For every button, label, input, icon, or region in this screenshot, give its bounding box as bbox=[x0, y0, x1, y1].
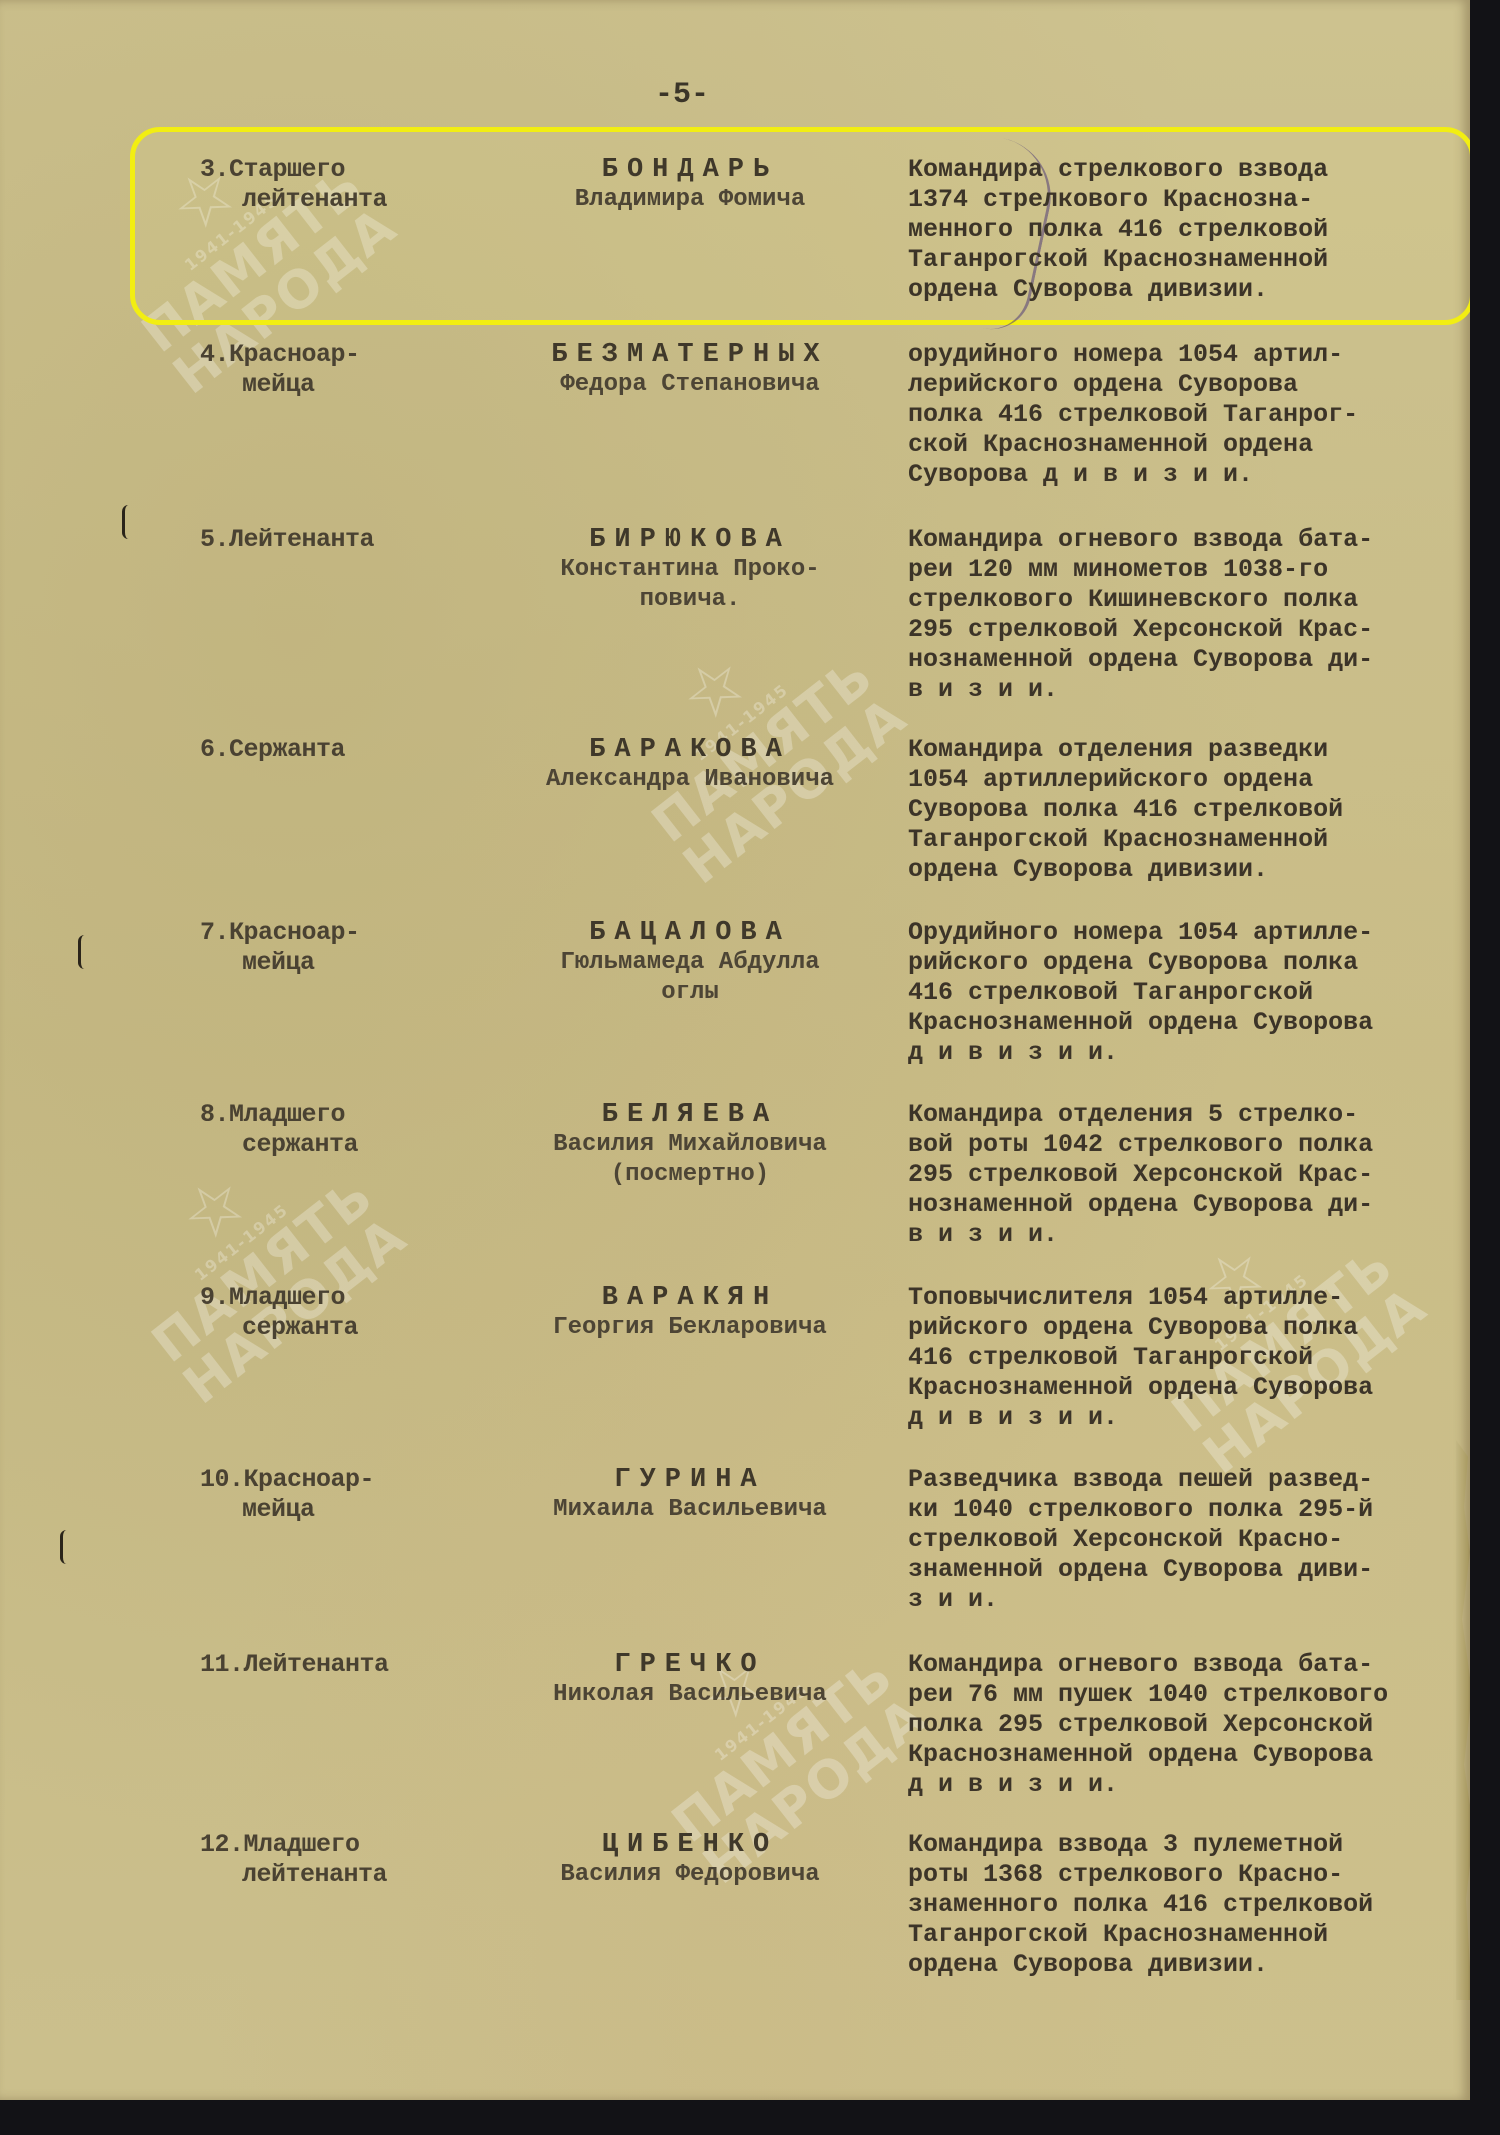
document-page: ☆ 1941-1945 ПАМЯТЬ НАРОДА ☆ 1941-1945 ПА… bbox=[0, 0, 1470, 2100]
entry-number: 4. bbox=[200, 340, 229, 369]
entry-number: 7. bbox=[200, 918, 229, 947]
surname: ВАРАКЯН bbox=[480, 1283, 900, 1313]
given-names: Николая Васильевича bbox=[480, 1680, 900, 1710]
rank: 12.Младшего лейтенанта bbox=[200, 1830, 460, 1890]
punch-hole-mark bbox=[78, 935, 91, 969]
surname: БИРЮКОВА bbox=[480, 525, 900, 555]
entry-number: 11. bbox=[200, 1650, 244, 1679]
rank: 10.Красноар- мейца bbox=[200, 1465, 460, 1525]
given-names: Федора Степановича bbox=[480, 370, 900, 400]
person-name: ВАРАКЯН Георгия Бекларовича bbox=[480, 1283, 900, 1343]
surname: ЦИБЕНКО bbox=[480, 1830, 900, 1860]
entry-number: 3. bbox=[200, 155, 229, 184]
given-names: Василия Михайловича (посмертно) bbox=[480, 1130, 900, 1190]
entry-number: 8. bbox=[200, 1100, 229, 1129]
given-names: Георгия Бекларовича bbox=[480, 1313, 900, 1343]
unit-description: Орудийного номера 1054 артилле- рийского… bbox=[908, 918, 1478, 1068]
entry-number: 10. bbox=[200, 1465, 244, 1494]
unit-description: Командира огневого взвода бата- реи 120 … bbox=[908, 525, 1478, 705]
rank: 6.Сержанта bbox=[200, 735, 460, 765]
person-name: БИРЮКОВА Константина Проко- повича. bbox=[480, 525, 900, 615]
rank: 5.Лейтенанта bbox=[200, 525, 460, 555]
unit-description: Командира огневого взвода бата- реи 76 м… bbox=[908, 1650, 1478, 1800]
entry-number: 5. bbox=[200, 525, 229, 554]
given-names: Константина Проко- повича. bbox=[480, 555, 900, 615]
person-name: ЦИБЕНКО Василия Федоровича bbox=[480, 1830, 900, 1890]
rank: 4.Красноар- мейца bbox=[200, 340, 460, 400]
entry-number: 6. bbox=[200, 735, 229, 764]
punch-hole-mark bbox=[122, 505, 135, 539]
person-name: БЕЛЯЕВА Василия Михайловича (посмертно) bbox=[480, 1100, 900, 1190]
surname: БАРАКОВА bbox=[480, 735, 900, 765]
surname: БОНДАРЬ bbox=[480, 155, 900, 185]
person-name: ГРЕЧКО Николая Васильевича bbox=[480, 1650, 900, 1710]
rank: 3.Старшего лейтенанта bbox=[200, 155, 460, 215]
unit-description: Разведчика взвода пешей развед- ки 1040 … bbox=[908, 1465, 1478, 1615]
surname: БЕЗМАТЕРНЫХ bbox=[480, 340, 900, 370]
surname: БАЦАЛОВА bbox=[480, 918, 900, 948]
person-name: ГУРИНА Михаила Васильевича bbox=[480, 1465, 900, 1525]
unit-description: Командира отделения 5 стрелко- вой роты … bbox=[908, 1100, 1478, 1250]
unit-description: Командира взвода 3 пулеметной роты 1368 … bbox=[908, 1830, 1478, 1980]
person-name: БАЦАЛОВА Гюльмамеда Абдулла оглы bbox=[480, 918, 900, 1008]
punch-hole-mark bbox=[60, 1530, 73, 1564]
rank: 7.Красноар- мейца bbox=[200, 918, 460, 978]
surname: ГРЕЧКО bbox=[480, 1650, 900, 1680]
rank: 11.Лейтенанта bbox=[200, 1650, 460, 1680]
given-names: Михаила Васильевича bbox=[480, 1495, 900, 1525]
scan-background bbox=[0, 2100, 1500, 2135]
entry-number: 12. bbox=[200, 1830, 244, 1859]
page-number: -5- bbox=[655, 78, 709, 112]
person-name: БЕЗМАТЕРНЫХ Федора Степановича bbox=[480, 340, 900, 400]
entry-number: 9. bbox=[200, 1283, 229, 1312]
scan-background bbox=[1470, 0, 1500, 2135]
unit-description: орудийного номера 1054 артил- лерийского… bbox=[908, 340, 1478, 490]
person-name: БАРАКОВА Александра Ивановича bbox=[480, 735, 900, 795]
unit-description: Командира стрелкового взвода 1374 стрелк… bbox=[908, 155, 1478, 305]
given-names: Василия Федоровича bbox=[480, 1860, 900, 1890]
surname: ГУРИНА bbox=[480, 1465, 900, 1495]
surname: БЕЛЯЕВА bbox=[480, 1100, 900, 1130]
rank: 8.Младшего сержанта bbox=[200, 1100, 460, 1160]
unit-description: Командира отделения разведки 1054 артилл… bbox=[908, 735, 1478, 885]
unit-description: Топовычислителя 1054 артилле- рийского о… bbox=[908, 1283, 1478, 1433]
rank: 9.Младшего сержанта bbox=[200, 1283, 460, 1343]
given-names: Александра Ивановича bbox=[480, 765, 900, 795]
given-names: Владимира Фомича bbox=[480, 185, 900, 215]
given-names: Гюльмамеда Абдулла оглы bbox=[480, 948, 900, 1008]
person-name: БОНДАРЬ Владимира Фомича bbox=[480, 155, 900, 215]
